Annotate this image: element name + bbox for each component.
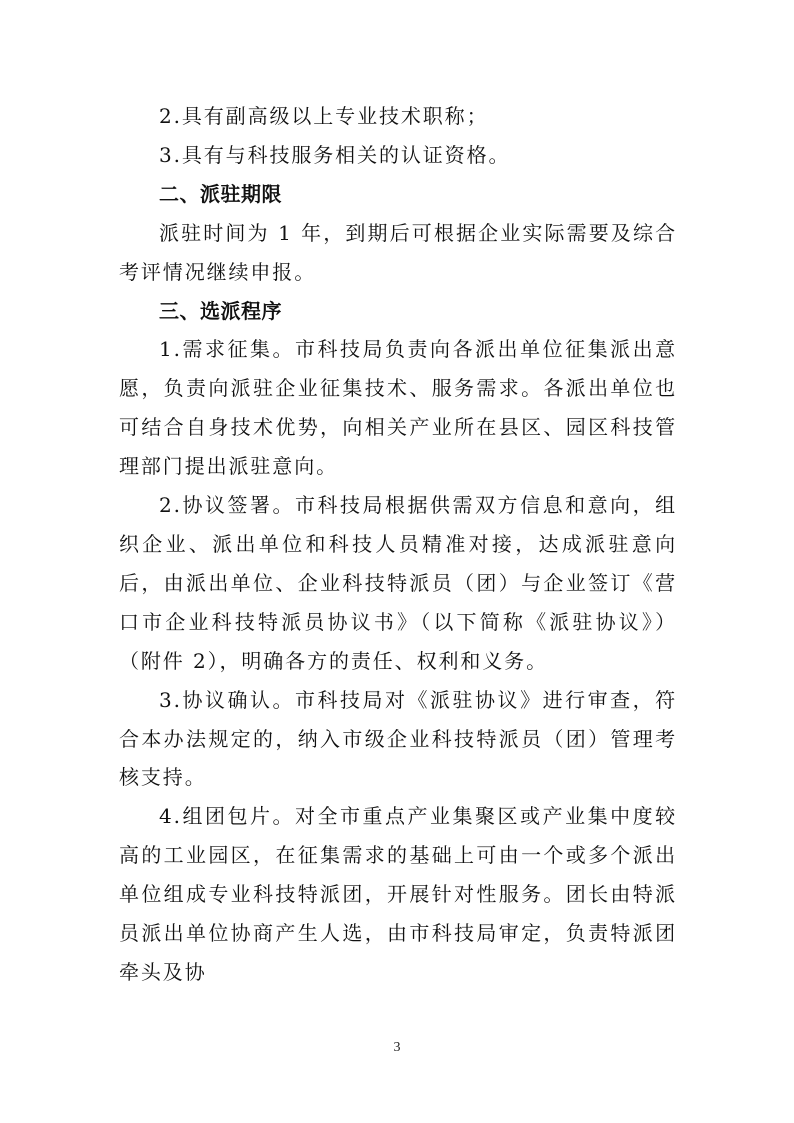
page-body: 2.具有副高级以上专业技术职称； 3.具有与科技服务相关的认证资格。 二、派驻期…	[119, 97, 677, 992]
paragraph-agreement-signing: 2.协议签署。市科技局根据供需双方信息和意向，组织企业、派出单位和科技人员精准对…	[119, 486, 677, 681]
paragraph-dispatch-period: 派驻时间为 1 年，到期后可根据企业实际需要及综合考评情况继续申报。	[119, 214, 677, 292]
paragraph-demand-collection: 1.需求征集。市科技局负责向各派出单位征集派出意愿，负责向派驻企业征集技术、服务…	[119, 330, 677, 486]
section-heading-dispatch-period: 二、派驻期限	[119, 175, 677, 214]
page-number: 3	[0, 1040, 794, 1056]
list-item-qualification-3: 3.具有与科技服务相关的认证资格。	[119, 136, 677, 175]
list-item-qualification-2: 2.具有副高级以上专业技术职称；	[119, 97, 677, 136]
document-page: 2.具有副高级以上专业技术职称； 3.具有与科技服务相关的认证资格。 二、派驻期…	[0, 0, 794, 1123]
paragraph-team-formation: 4.组团包片。对全市重点产业集聚区或产业集中度较高的工业园区，在征集需求的基础上…	[119, 797, 677, 992]
section-heading-selection-procedure: 三、选派程序	[119, 292, 677, 331]
paragraph-agreement-confirmation: 3.协议确认。市科技局对《派驻协议》进行审查，符合本办法规定的，纳入市级企业科技…	[119, 681, 677, 798]
